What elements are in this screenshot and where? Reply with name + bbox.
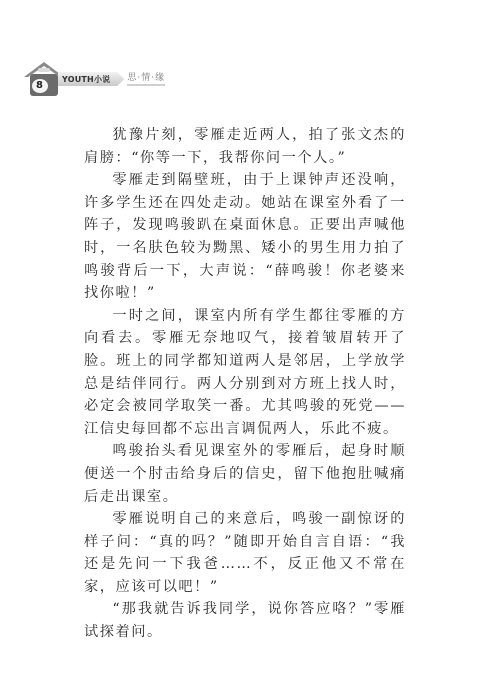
story-text: 犹豫片刻，零雁走近两人，拍了张文杰的肩膀：“你等一下，我帮你问一个人。” 零雁走… xyxy=(84,124,406,644)
paragraph: 零雁走到隔壁班，由于上课钟声还没响，许多学生还在四处走动。她站在课室外看了一阵子… xyxy=(84,169,406,305)
paragraph: 鸣骏抬头看见课室外的零雁后，起身时顺便送一个肘击给身后的信史，留下他抱肚喊痛后走… xyxy=(84,440,406,508)
page-number: 8 xyxy=(36,80,43,91)
paragraph: “那我就告诉我同学，说你答应咯？”零雁试探着问。 xyxy=(84,598,406,643)
page-header: 8 YOUTH小说 思·情·缘 xyxy=(22,60,202,98)
section-label: 思·情·缘 xyxy=(127,73,165,86)
arrow-icon: YOUTH小说 xyxy=(58,72,124,86)
series-banner: YOUTH小说 思·情·缘 xyxy=(58,71,165,87)
series-label: YOUTH小说 xyxy=(62,74,110,85)
paragraph: 零雁说明自己的来意后，鸣骏一副惊讶的样子问：“真的吗？”随即开始自言自语：“我还… xyxy=(84,508,406,598)
paragraph: 犹豫片刻，零雁走近两人，拍了张文杰的肩膀：“你等一下，我帮你问一个人。” xyxy=(84,124,406,169)
paragraph: 一时之间，课室内所有学生都往零雁的方向看去。零雁无奈地叹气，接着皱眉转开了脸。班… xyxy=(84,305,406,441)
